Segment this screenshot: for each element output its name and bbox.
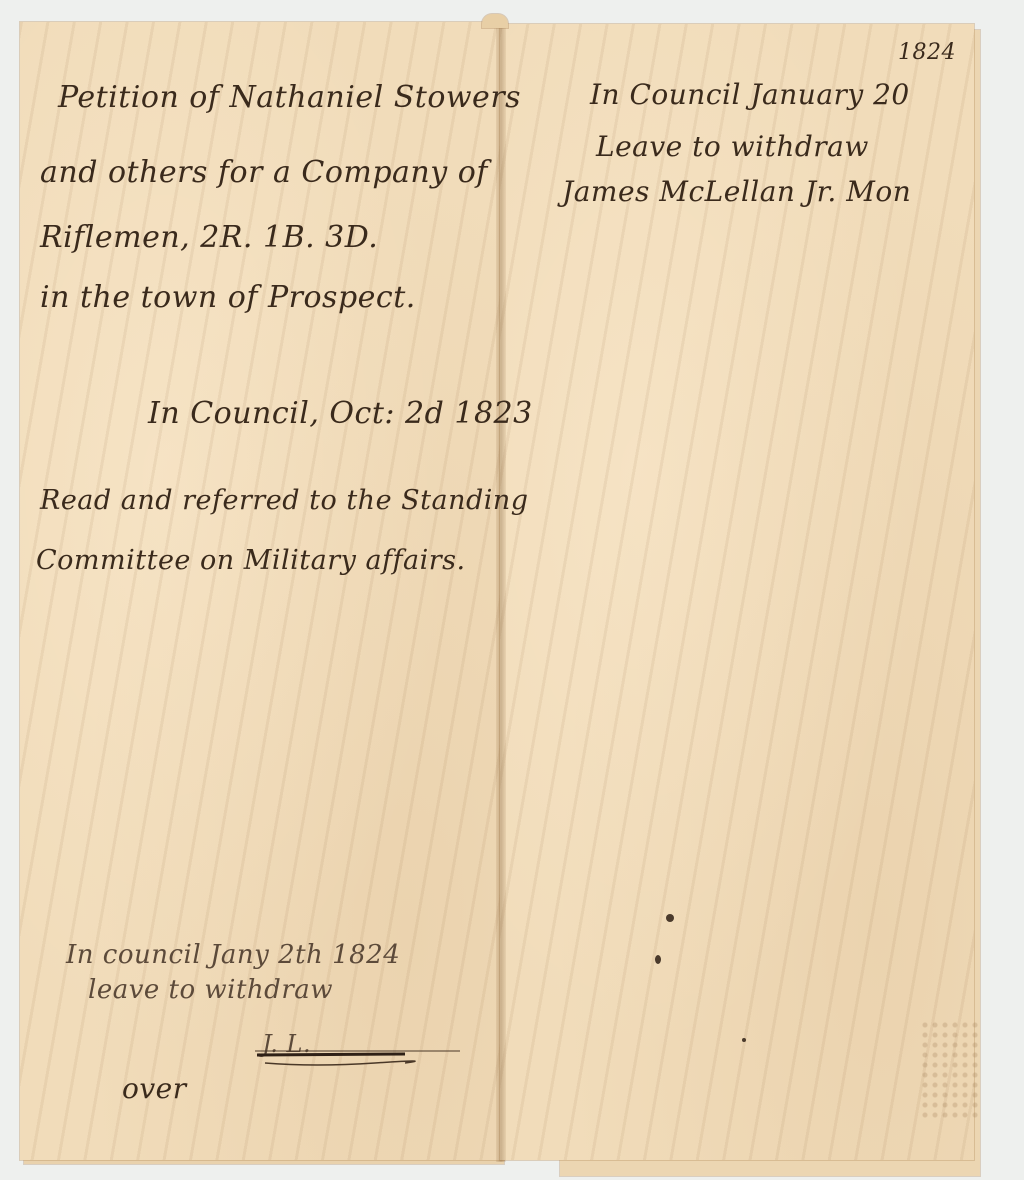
- petition-title-line-4: in the town of Prospect.: [40, 280, 416, 315]
- petition-title-line-3: Riflemen, 2R. 1B. 3D.: [40, 220, 378, 255]
- center-fold: [496, 22, 506, 1162]
- year-note: 1824: [898, 40, 956, 65]
- petition-title-line-1: Petition of Nathaniel Stowers: [58, 80, 521, 115]
- later-note-line-2: leave to withdraw: [88, 975, 333, 1005]
- strikethrough-lines: [255, 1041, 460, 1069]
- over-note: over: [122, 1072, 187, 1105]
- right-note-line-3: James McLellan Jr. Mon: [562, 175, 911, 208]
- right-note-line-1: In Council January 20: [590, 78, 910, 111]
- council-note-line-2: Committee on Military affairs.: [36, 545, 466, 576]
- emboss-pattern: [920, 1020, 980, 1120]
- council-note-header: In Council, Oct: 2d 1823: [148, 396, 533, 431]
- ink-spot: [666, 914, 674, 922]
- ink-spot: [742, 1038, 746, 1042]
- later-note-line-1: In council Jany 2th 1824: [66, 940, 400, 970]
- right-note-line-2: Leave to withdraw: [596, 130, 869, 163]
- council-note-line-1: Read and referred to the Standing: [40, 485, 529, 516]
- ink-spot: [655, 955, 661, 964]
- petition-title-line-2: and others for a Company of: [40, 155, 488, 190]
- paper-tab: [482, 14, 508, 28]
